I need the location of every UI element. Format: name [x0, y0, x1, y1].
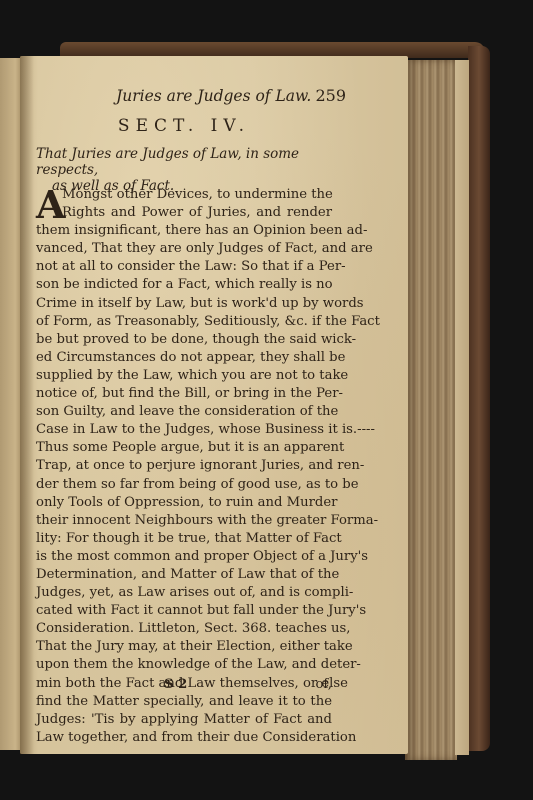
- text-line: ed Circumstances do not appear, they sha…: [36, 349, 332, 367]
- text-line: notice of, but find the Bill, or bring i…: [36, 385, 332, 403]
- gutter-shadow: [20, 56, 34, 754]
- page-edges-block: [405, 60, 457, 760]
- facing-page-edge: [0, 58, 22, 750]
- text-line: not at all to consider the Law: So that …: [36, 258, 332, 276]
- body-text: A Mongst other Devices, to undermine the…: [36, 186, 332, 747]
- text-line: upon them the knowledge of the Law, and …: [36, 656, 332, 674]
- text-line: Consideration. Littleton, Sect. 368. tea…: [36, 620, 332, 638]
- text-line: son be indicted for a Fact, which really…: [36, 276, 332, 294]
- text-line: Judges: 'Tis by applying Matter of Fact …: [36, 711, 332, 729]
- text-line: find the Matter specially, and leave it …: [36, 693, 332, 711]
- text-line: of Form, as Treasonably, Seditiously, &c…: [36, 313, 332, 331]
- text-line: only Tools of Oppression, to ruin and Mu…: [36, 494, 332, 512]
- text-line: Law together, and from their due Conside…: [36, 729, 332, 747]
- text-line: Rights and Power of Juries, and render: [36, 204, 332, 222]
- page-edge-strip: [455, 60, 469, 755]
- text-line: der them so far from being of good use, …: [36, 476, 332, 494]
- text-line: Trap, at once to perjure ignorant Juries…: [36, 457, 332, 475]
- text-line: be but proved to be done, though the sai…: [36, 331, 332, 349]
- signature-mark: S 2: [164, 677, 187, 692]
- book-cover-right-edge: [468, 46, 490, 751]
- text-line: them insignificant, there has an Opinion…: [36, 222, 332, 240]
- text-line: That the Jury may, at their Election, ei…: [36, 638, 332, 656]
- catchword: of,: [315, 677, 332, 692]
- page-number: 259: [315, 86, 346, 105]
- drop-cap: A: [36, 187, 65, 223]
- book-page: Juries are Judges of Law. 259 SECT. IV. …: [20, 56, 408, 754]
- text-line: is the most common and proper Object of …: [36, 548, 332, 566]
- running-head: Juries are Judges of Law. 259: [116, 86, 346, 105]
- text-line: Crime in itself by Law, but is work'd up…: [36, 295, 332, 313]
- text-line: Judges, yet, as Law arises out of, and i…: [36, 584, 332, 602]
- text-line: their innocent Neighbours with the great…: [36, 512, 332, 530]
- text-line: Case in Law to the Judges, whose Busines…: [36, 421, 332, 439]
- section-heading: SECT. IV.: [36, 116, 332, 136]
- text-line: lity: For though it be true, that Matter…: [36, 530, 332, 548]
- text-line: supplied by the Law, which you are not t…: [36, 367, 332, 385]
- text-line: son Guilty, and leave the consideration …: [36, 403, 332, 421]
- subtitle-line-1: That Juries are Judges of Law, in some r…: [36, 146, 332, 178]
- text-line: cated with Fact it cannot but fall under…: [36, 602, 332, 620]
- text-line: vanced, That they are only Judges of Fac…: [36, 240, 332, 258]
- running-head-title: Juries are Judges of Law.: [116, 87, 311, 105]
- text-line: Mongst other Devices, to undermine the: [36, 186, 332, 204]
- text-line: Determination, and Matter of Law that of…: [36, 566, 332, 584]
- text-line: Thus some People argue, but it is an app…: [36, 439, 332, 457]
